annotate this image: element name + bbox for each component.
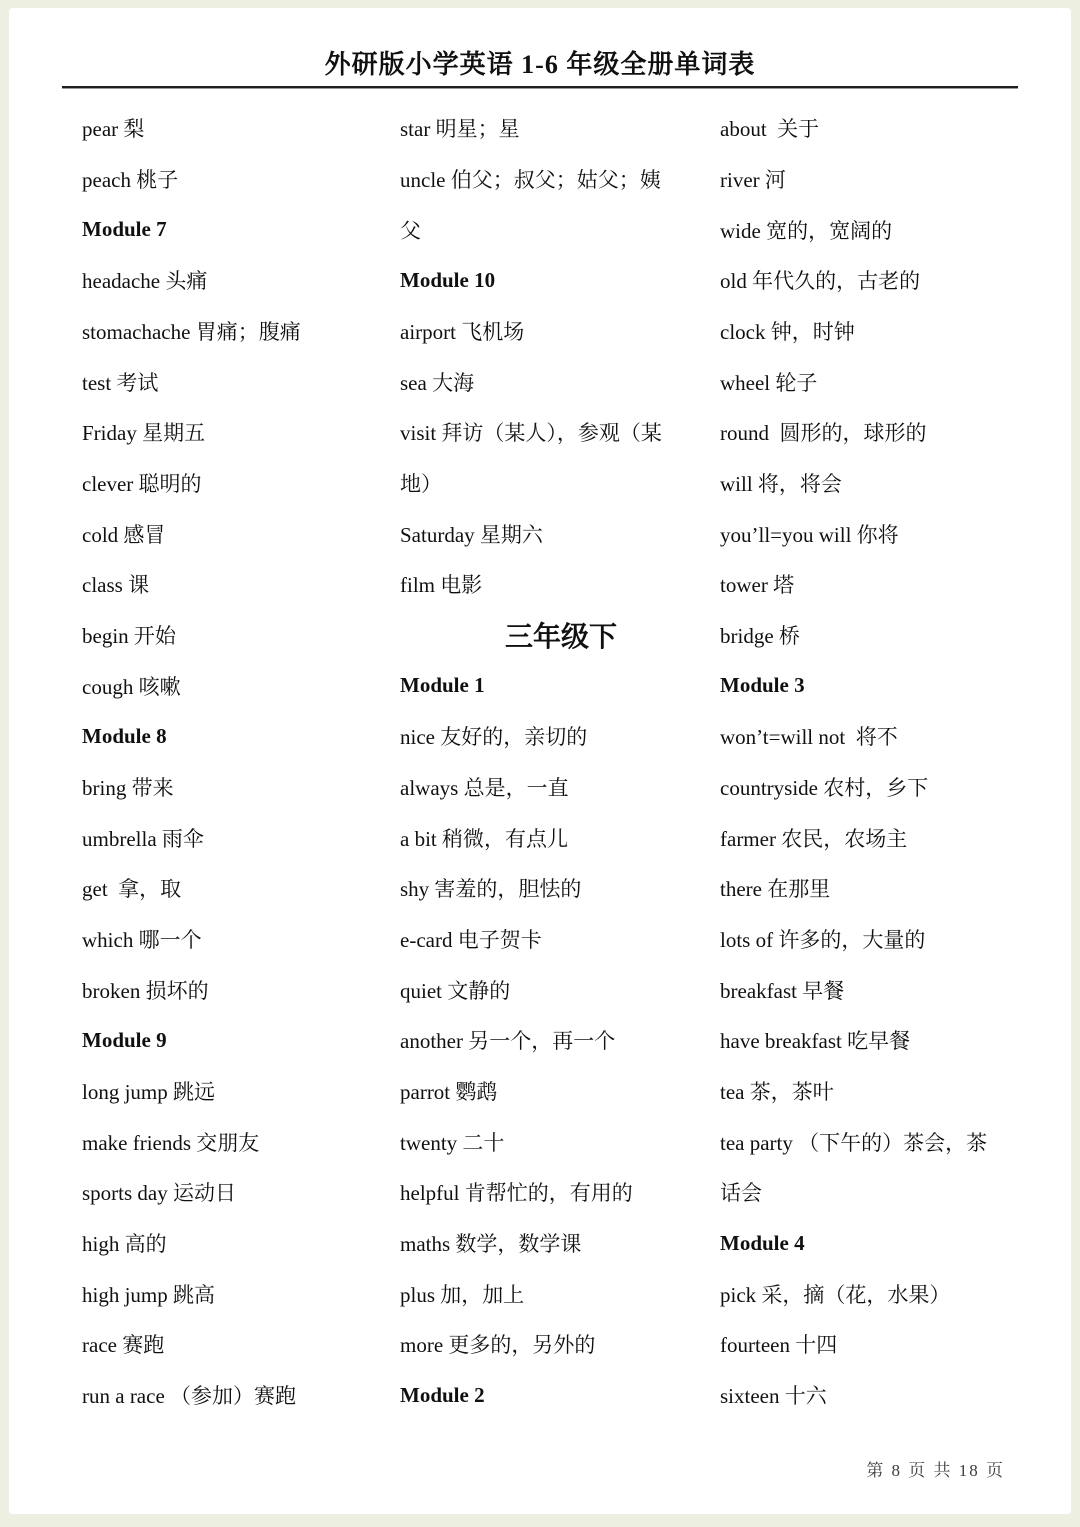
word-entry: begin 开始 [82,610,404,661]
word-entry: will 将，将会 [720,458,1042,509]
document-page: 外研版小学英语 1-6 年级全册单词表 pear 梨peach 桃子Module… [9,8,1071,1514]
word-entry: clever 聪明的 [82,458,404,509]
title-underline [62,86,1018,89]
word-entry: another 另一个，再一个 [400,1015,722,1066]
word-entry: twenty 二十 [400,1116,722,1167]
word-entry: Saturday 星期六 [400,508,722,559]
word-entry: broken 损坏的 [82,964,404,1015]
word-entry: 父 [400,204,722,255]
word-entry: plus 加，加上 [400,1268,722,1319]
word-column-2: star 明星；星uncle 伯父；叔父；姑父；姨父Module 10airpo… [400,103,722,1420]
module-heading: Module 7 [82,204,404,255]
word-entry: 地） [400,458,722,509]
word-column-1: pear 梨peach 桃子Module 7headache 头痛stomach… [82,103,404,1420]
word-entry: airport 飞机场 [400,306,722,357]
word-entry: shy 害羞的，胆怯的 [400,863,722,914]
word-entry: umbrella 雨伞 [82,812,404,863]
word-entry: helpful 肯帮忙的，有用的 [400,1167,722,1218]
word-entry: breakfast 早餐 [720,964,1042,1015]
word-entry: always 总是，一直 [400,762,722,813]
word-entry: tea party （下午的）茶会，茶 [720,1116,1042,1167]
module-heading: Module 9 [82,1015,404,1066]
word-entry: run a race （参加）赛跑 [82,1370,404,1421]
word-entry: nice 友好的，亲切的 [400,711,722,762]
word-entry: a bit 稍微，有点儿 [400,812,722,863]
word-entry: uncle 伯父；叔父；姑父；姨 [400,154,722,205]
word-entry: race 赛跑 [82,1319,404,1370]
word-entry: which 哪一个 [82,914,404,965]
word-entry: stomachache 胃痛；腹痛 [82,306,404,357]
word-entry: test 考试 [82,356,404,407]
word-entry: you’ll=you will 你将 [720,508,1042,559]
word-entry: cough 咳嗽 [82,660,404,711]
word-entry: e-card 电子贺卡 [400,914,722,965]
word-entry: lots of 许多的，大量的 [720,914,1042,965]
word-column-3: about 关于river 河wide 宽的，宽阔的old 年代久的，古老的cl… [720,103,1042,1420]
module-heading: Module 10 [400,255,722,306]
word-entry: more 更多的，另外的 [400,1319,722,1370]
word-entry: tea 茶，茶叶 [720,1066,1042,1117]
word-entry: parrot 鹦鹉 [400,1066,722,1117]
word-entry: clock 钟，时钟 [720,306,1042,357]
word-entry: Friday 星期五 [82,407,404,458]
word-entry: film 电影 [400,559,722,610]
word-entry: won’t=will not 将不 [720,711,1042,762]
word-entry: old 年代久的，古老的 [720,255,1042,306]
word-entry: sports day 运动日 [82,1167,404,1218]
word-entry: about 关于 [720,103,1042,154]
module-heading: Module 8 [82,711,404,762]
word-entry: high jump 跳高 [82,1268,404,1319]
word-entry: wheel 轮子 [720,356,1042,407]
section-heading: 三年级下 [400,610,722,661]
page-number: 第 8 页 共 18 页 [866,1456,1005,1481]
word-entry: fourteen 十四 [720,1319,1042,1370]
word-entry: farmer 农民，农场主 [720,812,1042,863]
word-entry: peach 桃子 [82,154,404,205]
word-entry: river 河 [720,154,1042,205]
word-entry: long jump 跳远 [82,1066,404,1117]
module-heading: Module 3 [720,660,1042,711]
word-entry: cold 感冒 [82,508,404,559]
word-entry: bridge 桥 [720,610,1042,661]
word-entry: quiet 文静的 [400,964,722,1015]
module-heading: Module 4 [720,1218,1042,1269]
page-title: 外研版小学英语 1-6 年级全册单词表 [9,44,1071,81]
word-entry: there 在那里 [720,863,1042,914]
word-entry: visit 拜访（某人），参观（某 [400,407,722,458]
word-entry: round 圆形的，球形的 [720,407,1042,458]
word-entry: countryside 农村，乡下 [720,762,1042,813]
word-entry: get 拿，取 [82,863,404,914]
word-entry: make friends 交朋友 [82,1116,404,1167]
word-entry: tower 塔 [720,559,1042,610]
word-entry: headache 头痛 [82,255,404,306]
word-entry: maths 数学，数学课 [400,1218,722,1269]
word-entry: star 明星；星 [400,103,722,154]
word-entry: pick 采，摘（花，水果） [720,1268,1042,1319]
module-heading: Module 2 [400,1370,722,1421]
word-entry: sea 大海 [400,356,722,407]
word-entry: high 高的 [82,1218,404,1269]
word-entry: wide 宽的，宽阔的 [720,204,1042,255]
word-entry: 话会 [720,1167,1042,1218]
word-entry: have breakfast 吃早餐 [720,1015,1042,1066]
word-entry: class 课 [82,559,404,610]
word-entry: pear 梨 [82,103,404,154]
module-heading: Module 1 [400,660,722,711]
word-entry: bring 带来 [82,762,404,813]
word-entry: sixteen 十六 [720,1370,1042,1421]
